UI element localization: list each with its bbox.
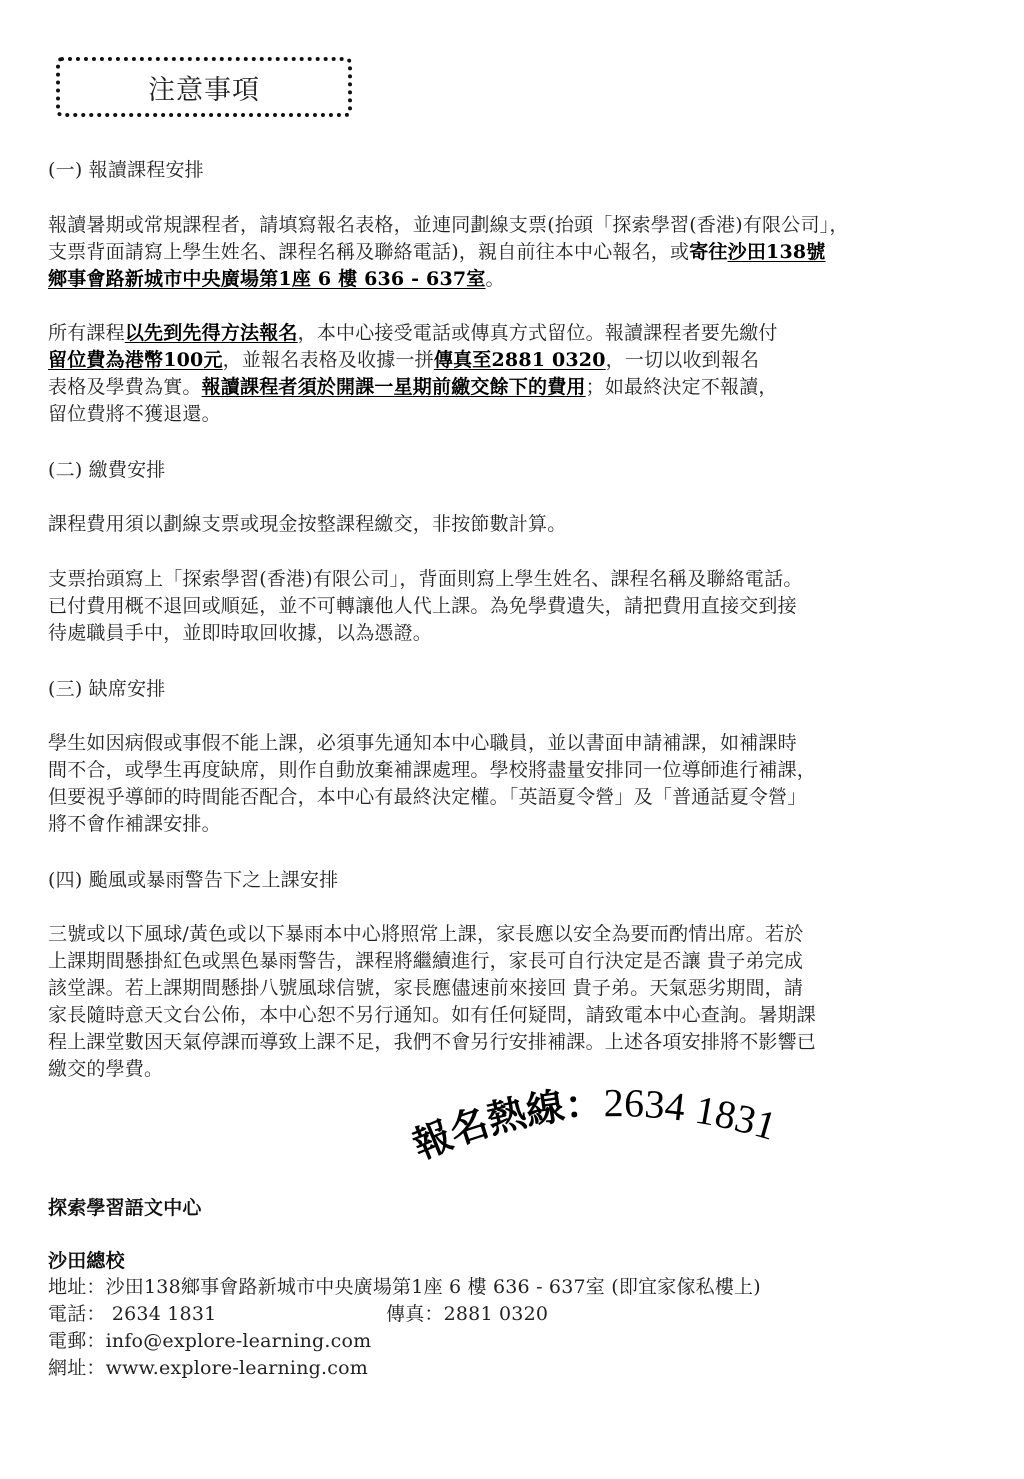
- mail-to-text: 寄往: [689, 241, 727, 263]
- enrolment-para2-line4: 留位費將不獲退還。: [48, 402, 221, 426]
- fax-highlight: 傳真至2881 0320: [434, 349, 606, 371]
- address-value: 沙田138鄉事會路新城市中央廣場第1座 6 樓 636 - 637室 (即宜家傢…: [106, 1276, 761, 1298]
- text: ；如最終決定不報讀，: [586, 376, 778, 398]
- enrolment-para1-line1: 報讀暑期或常規課程者，請填寫報名表格，並連同劃線支票(抬頭「探索學習(香港)有限…: [48, 213, 849, 237]
- svg-text:報名熱線：2634 1831: 報名熱線：2634 1831: [407, 1080, 782, 1168]
- enrolment-para2-line2: 留位費為港幣100元，並報名表格及收據一拼傳真至2881 0320，一切以收到報…: [48, 348, 759, 372]
- enrolment-para1-line2: 支票背面請寫上學生姓名、課程名稱及聯絡電話)，親自前往本中心報名，或寄往沙田13…: [48, 240, 826, 264]
- section-heading-payment: (二) 繳費安排: [48, 458, 165, 482]
- weather-para-line3: 該堂課。若上課期間懸掛八號風球信號，家長應儘速前來接回 貴子弟。天氣惡劣期間，請: [48, 976, 803, 1000]
- fax-line: 傳真：2881 0320: [386, 1302, 548, 1326]
- deposit-highlight: 留位費為港幣100元: [48, 349, 223, 371]
- payment-para2-line3: 待處職員手中，並即時取回收據，以為憑證。: [48, 621, 432, 645]
- weather-para-line4: 家長隨時意天文台公佈，本中心恕不另行通知。如有任何疑問，請致電本中心查詢。暑期課: [48, 1003, 816, 1027]
- fax-value: 2881 0320: [444, 1303, 549, 1325]
- text: ，一切以收到報名: [606, 349, 760, 371]
- weather-para-line2: 上課期間懸掛紅色或黑色暴雨警告，課程將繼續進行，家長可自行決定是否讓 貴子弟完成: [48, 949, 803, 973]
- address-label: 地址：: [48, 1276, 106, 1298]
- address-line: 地址：沙田138鄉事會路新城市中央廣場第1座 6 樓 636 - 637室 (即…: [48, 1275, 761, 1299]
- weather-para-line5: 程上課堂數因天氣停課而導致上課不足，我們不會另行安排補課。上述各項安排將不影響已: [48, 1030, 816, 1054]
- hotline-arc: 報名熱線：2634 1831: [408, 1080, 848, 1170]
- absence-para-line4: 將不會作補課安排。: [48, 812, 221, 836]
- text: ，並報名表格及收據一拼: [223, 349, 434, 371]
- title-box: 注意事項: [56, 57, 352, 117]
- section-heading-enrolment: (一) 報讀課程安排: [48, 158, 204, 182]
- website-label: 網址：: [48, 1357, 106, 1379]
- phone-line: 電話： 2634 1831: [48, 1302, 216, 1326]
- absence-para-line2: 間不合，或學生再度缺席，則作自動放棄補課處理。學校將盡量安排同一位導師進行補課，: [48, 758, 816, 782]
- page-title: 注意事項: [148, 68, 260, 107]
- first-come-highlight: 以先到先得方法報名: [125, 322, 298, 344]
- weather-para-line6: 繳交的學費。: [48, 1057, 163, 1081]
- enrolment-para2-line1: 所有課程以先到先得方法報名，本中心接受電話或傳真方式留位。報讀課程者要先繳付: [48, 321, 778, 345]
- email-line: 電郵：info@explore-learning.com: [48, 1329, 371, 1353]
- text: 表格及學費為實。: [48, 376, 202, 398]
- branch-name: 沙田總校: [48, 1249, 125, 1273]
- payment-para1: 課程費用須以劃線支票或現金按整課程繳交，非按節數計算。: [48, 512, 566, 536]
- section-heading-weather: (四) 颱風或暴雨警告下之上課安排: [48, 868, 338, 892]
- phone-label: 電話：: [48, 1303, 106, 1325]
- notice-page: 注意事項 (一) 報讀課程安排 報讀暑期或常規課程者，請填寫報名表格，並連同劃線…: [0, 0, 1024, 1479]
- email-label: 電郵：: [48, 1330, 106, 1352]
- hotline-label: 報名熱線：: [407, 1081, 605, 1168]
- payment-para2-line1: 支票抬頭寫上「探索學習(香港)有限公司」，背面則寫上學生姓名、課程名稱及聯絡電話…: [48, 567, 803, 591]
- email-link[interactable]: info@explore-learning.com: [106, 1330, 372, 1352]
- hotline-banner: 報名熱線：2634 1831: [408, 1080, 848, 1170]
- address-highlight: 沙田138號: [728, 241, 826, 263]
- enrolment-para1-line3: 鄉事會路新城市中央廣場第1座 6 樓 636 - 637室。: [48, 267, 505, 291]
- fax-label: 傳真：: [386, 1303, 444, 1325]
- payment-deadline-highlight: 報讀課程者須於開課一星期前繳交餘下的費用: [202, 376, 586, 398]
- enrolment-para2-line3: 表格及學費為實。報讀課程者須於開課一星期前繳交餘下的費用；如最終決定不報讀，: [48, 375, 778, 399]
- text: 。: [486, 268, 505, 290]
- org-name: 探索學習語文中心: [48, 1196, 202, 1220]
- section-heading-absence: (三) 缺席安排: [48, 677, 165, 701]
- text: ，本中心接受電話或傳真方式留位。報讀課程者要先繳付: [298, 322, 778, 344]
- website-line: 網址：www.explore-learning.com: [48, 1356, 368, 1380]
- text: 所有課程: [48, 322, 125, 344]
- address-highlight: 鄉事會路新城市中央廣場第1座 6 樓 636 - 637室: [48, 268, 486, 290]
- absence-para-line3: 但要視乎導師的時間能否配合，本中心有最終決定權。「英語夏令營」及「普通話夏令營」: [48, 785, 807, 809]
- website-link[interactable]: www.explore-learning.com: [106, 1357, 368, 1379]
- phone-value: 2634 1831: [106, 1303, 217, 1325]
- absence-para-line1: 學生如因病假或事假不能上課，必須事先通知本中心職員，並以書面申請補課，如補課時: [48, 731, 797, 755]
- text: 支票背面請寫上學生姓名、課程名稱及聯絡電話)，親自前往本中心報名，或: [48, 241, 689, 263]
- hotline-number: 2634 1831: [603, 1080, 781, 1149]
- payment-para2-line2: 已付費用概不退回或順延，並不可轉讓他人代上課。為免學費遺失，請把費用直接交到接: [48, 594, 797, 618]
- weather-para-line1: 三號或以下風球/黃色或以下暴雨本中心將照常上課，家長應以安全為要而酌情出席。若於: [48, 922, 803, 946]
